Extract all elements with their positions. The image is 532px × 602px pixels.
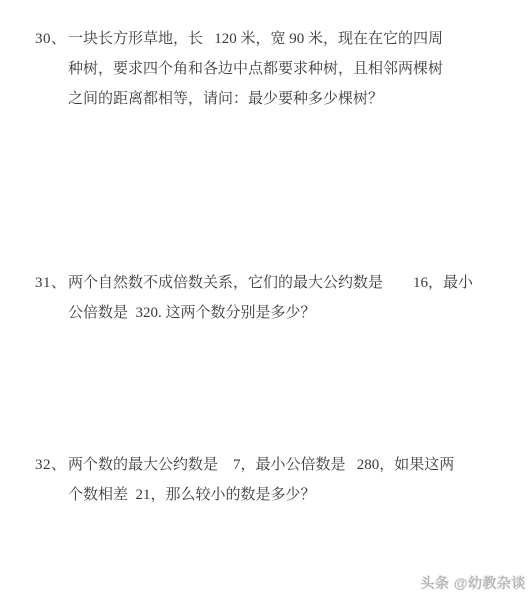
problem-30-line-2: 种树，要求四个角和各边中点都要求种树，且相邻两棵树: [68, 54, 529, 84]
problem-31-line-1: 31、两个自然数不成倍数关系，它们的最大公约数是 16，最小: [35, 268, 529, 298]
worksheet-page: 30、一块长方形草地，长 120 米，宽 90 米，现在在它的四周 种树，要求四…: [0, 0, 532, 602]
problem-31-line-2: 公倍数是 320. 这两个数分别是多少？: [68, 298, 529, 328]
watermark: 头条 @幼教杂谈: [420, 574, 526, 592]
problem-30-text: 一块长方形草地，长 120 米，宽 90 米，现在在它的四周: [68, 31, 443, 47]
problem-32-line-1: 32、两个数的最大公约数是 7，最小公倍数是 280，如果这两: [35, 450, 529, 480]
problem-31: 31、两个自然数不成倍数关系，它们的最大公约数是 16，最小 公倍数是 320.…: [35, 268, 529, 328]
problem-30-line-1: 30、一块长方形草地，长 120 米，宽 90 米，现在在它的四周: [35, 24, 529, 54]
problem-32-line-2: 个数相差 21，那么较小的数是多少？: [68, 480, 529, 510]
problem-32: 32、两个数的最大公约数是 7，最小公倍数是 280，如果这两 个数相差 21，…: [35, 450, 529, 510]
problem-32-text: 两个数的最大公约数是 7，最小公倍数是 280，如果这两: [68, 457, 454, 473]
problem-30-number: 30、: [35, 24, 68, 54]
problem-30-line-3: 之间的距离都相等，请问：最少要种多少棵树？: [68, 84, 529, 114]
problem-31-text: 两个自然数不成倍数关系，它们的最大公约数是 16，最小: [68, 275, 473, 291]
problem-32-number: 32、: [35, 450, 68, 480]
problem-30: 30、一块长方形草地，长 120 米，宽 90 米，现在在它的四周 种树，要求四…: [35, 24, 529, 114]
problem-31-number: 31、: [35, 268, 68, 298]
